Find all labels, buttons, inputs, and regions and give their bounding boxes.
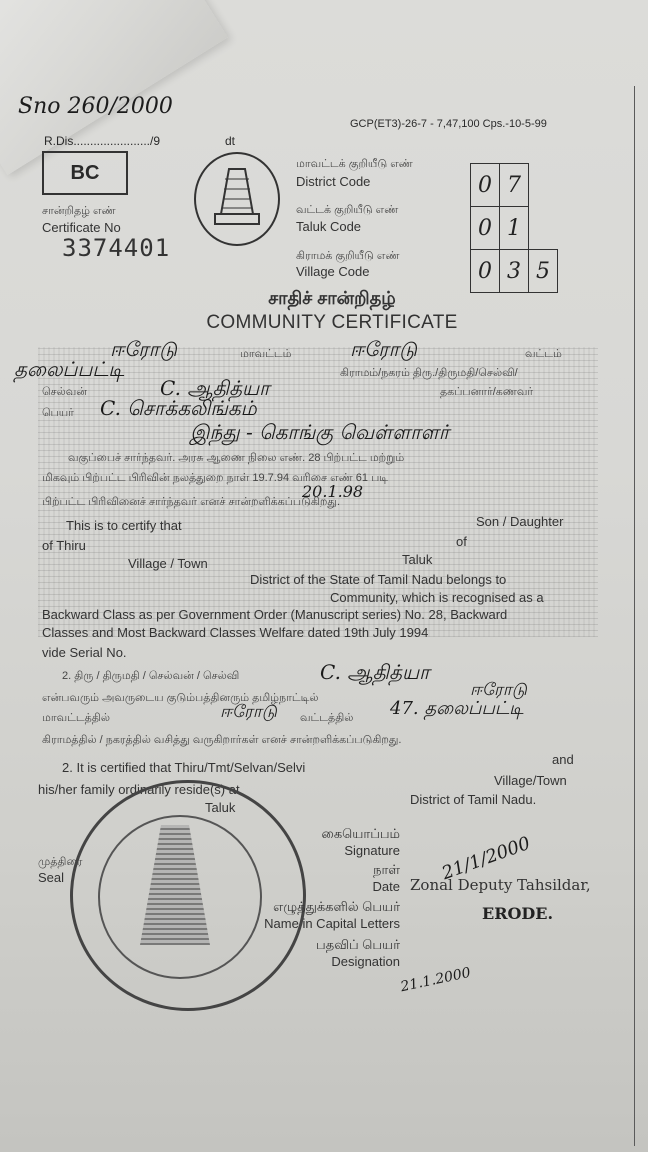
selvan-label: செல்வன் bbox=[42, 386, 87, 400]
district-code-label-en: District Code bbox=[296, 174, 370, 189]
village-code-label-ta: கிராமக் குறியீடு எண் bbox=[296, 250, 399, 264]
certificate-page: Sno 260/2000 R.Dis......................… bbox=[0, 0, 648, 1152]
page-border-rule bbox=[634, 86, 635, 1146]
designation-label-en: Designation bbox=[280, 954, 400, 969]
of-thiru-label: of Thiru bbox=[42, 538, 86, 553]
village-code-digit-1: 0 bbox=[470, 249, 500, 293]
seal-label-en: Seal bbox=[38, 870, 64, 885]
father-name-handwritten: C. சொக்கலிங்கம் bbox=[100, 396, 257, 423]
residence-closing: கிராமத்தில் / நகரத்தில் வசித்து வருகிறார… bbox=[42, 734, 401, 748]
bottom-date-handwritten: 21.1.2000 bbox=[399, 965, 472, 995]
of-label: of bbox=[456, 534, 467, 549]
name-label: பெயர் bbox=[42, 407, 74, 421]
gopuram-icon bbox=[207, 164, 267, 234]
print-code: GCP(ET3)-26-7 - 7,47,100 Cps.-10-5-99 bbox=[350, 118, 547, 130]
place-stamp: ERODE. bbox=[482, 904, 553, 923]
residence-taluk-handwritten: ஈரோடு bbox=[220, 702, 277, 724]
district-code-label-ta: மாவட்டக் குறியீடு எண் bbox=[296, 158, 413, 172]
backward-class-line: Backward Class as per Government Order (… bbox=[42, 607, 507, 622]
taluk-code-digit-1: 0 bbox=[470, 206, 500, 250]
district-state-line: District of the State of Tamil Nadu belo… bbox=[250, 572, 506, 587]
district-label-ta: மாவட்டம் bbox=[240, 348, 292, 362]
district-code-digit-1: 0 bbox=[470, 163, 500, 207]
ref-number-handwritten: Sno 260/2000 bbox=[18, 94, 173, 119]
title-tamil: சாதிச் சான்றிதழ் bbox=[0, 288, 648, 311]
category-box: BC bbox=[42, 151, 128, 195]
name-capital-label-ta: எழுத்துக்களில் பெயர் bbox=[240, 899, 400, 916]
residence-taluk-label: வட்டத்தில் bbox=[300, 712, 353, 726]
tamil-go-line: வகுப்பைச் சார்ந்தவர். அரசு ஆணை நிலை எண்.… bbox=[68, 452, 404, 466]
certify-line-start: This is to certify that bbox=[66, 518, 182, 533]
residence-en-village-town: Village/Town bbox=[494, 773, 567, 788]
certificate-number: 3374401 bbox=[62, 234, 170, 262]
seal-label-ta: முத்திரை bbox=[38, 856, 82, 870]
designation-label-ta: பதவிப் பெயர் bbox=[280, 937, 400, 954]
village-code-digit-3: 5 bbox=[528, 249, 558, 293]
certificate-no-label-en: Certificate No bbox=[42, 220, 121, 235]
community-handwritten: இந்து - கொங்கு வெள்ளாளர் bbox=[190, 420, 449, 447]
certificate-no-label-ta: சான்றிதழ் எண் bbox=[42, 205, 116, 219]
title-english: COMMUNITY CERTIFICATE bbox=[0, 312, 648, 334]
village-handwritten: தலைப்பட்டி bbox=[14, 357, 124, 384]
son-daughter-label: Son / Daughter bbox=[476, 514, 563, 529]
page-curl bbox=[0, 0, 228, 175]
welfare-line: Classes and Most Backward Classes Welfar… bbox=[42, 625, 428, 640]
tamil-end-line: பிற்பட்ட பிரிவினைச் சார்ந்தவர் எனச் சான்… bbox=[42, 496, 340, 510]
residence-en-line1: 2. It is certified that Thiru/Tmt/Selvan… bbox=[62, 760, 305, 775]
dt-label: dt bbox=[225, 134, 235, 148]
district-code-digit-2: 7 bbox=[499, 163, 529, 207]
residence-village-handwritten: 47. தலைப்பட்டி bbox=[390, 698, 524, 721]
village-code-digit-2: 3 bbox=[499, 249, 529, 293]
taluk-code-label-en: Taluk Code bbox=[296, 219, 361, 234]
residence-person-handwritten: C. ஆதித்யா bbox=[320, 660, 430, 687]
residence-en-district: District of Tamil Nadu. bbox=[410, 792, 536, 807]
date-label-en: Date bbox=[280, 879, 400, 894]
category-value: BC bbox=[71, 162, 100, 185]
taluk-label-ta: வட்டம் bbox=[525, 348, 562, 362]
rdis-label: R.Dis......................./9 bbox=[44, 134, 160, 148]
taluk-handwritten: ஈரோடு bbox=[350, 337, 417, 364]
tamil-nadu-emblem-icon bbox=[194, 152, 280, 246]
taluk-label: Taluk bbox=[402, 552, 432, 567]
designation-stamp: Zonal Deputy Tahsildar, bbox=[410, 876, 591, 894]
signature-label-ta: கையொப்பம் bbox=[280, 826, 400, 843]
village-label-ta: கிராமம்/நகரம் திரு./திருமதி/செல்வி/ bbox=[340, 367, 518, 381]
name-capital-label-en: Name in Capital Letters bbox=[240, 916, 400, 931]
signature-label-en: Signature bbox=[280, 843, 400, 858]
village-code-label-en: Village Code bbox=[296, 264, 369, 279]
community-line: Community, which is recognised as a bbox=[330, 590, 544, 605]
taluk-code-digit-2: 1 bbox=[499, 206, 529, 250]
residence-en-and: and bbox=[552, 752, 574, 767]
residence-honorific-label: 2. திரு / திருமதி / செல்வன் / செல்வி bbox=[62, 670, 239, 684]
residence-district-label: மாவட்டத்தில் bbox=[42, 712, 110, 726]
village-town-label: Village / Town bbox=[128, 556, 208, 571]
date-label-ta: நாள் bbox=[280, 862, 400, 879]
taluk-code-label-ta: வட்டக் குறியீடு எண் bbox=[296, 204, 398, 218]
parent-label: தகப்பனார்/கணவர் bbox=[440, 386, 533, 400]
serial-no-label: vide Serial No. bbox=[42, 645, 127, 660]
